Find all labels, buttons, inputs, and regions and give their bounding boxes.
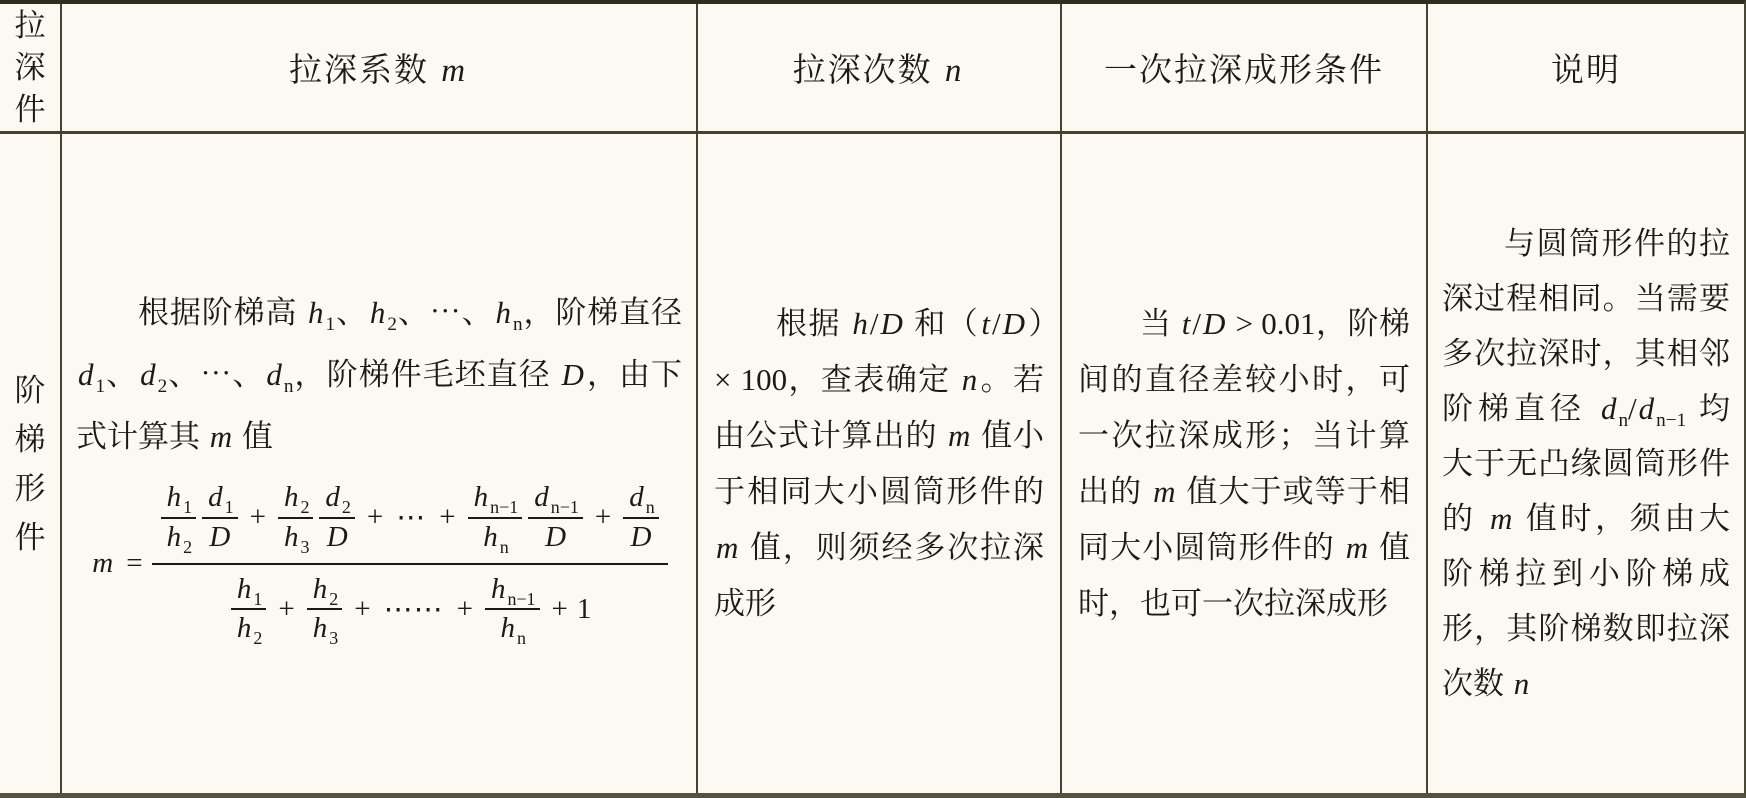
equals-sign: = bbox=[126, 547, 142, 580]
plus-sign: + bbox=[250, 501, 266, 534]
big-fraction: h1 h2 d1 D + h2 h3 bbox=[152, 482, 668, 646]
fraction-hn1-hn: hn−1 hn bbox=[468, 482, 523, 554]
header-cell-drawing-coefficient: 拉深系数 m bbox=[62, 4, 698, 134]
header-label-drawing-coefficient: 拉深系数 m bbox=[289, 44, 469, 91]
plus-sign: + bbox=[439, 501, 455, 534]
header-label-single-draw-condition: 一次拉深成形条件 bbox=[1104, 44, 1384, 91]
big-fraction-denominator: h1 h2 + h2 h3 + ⋯⋯ + bbox=[152, 565, 668, 646]
fraction-dn1-D: dn−1 D bbox=[528, 482, 583, 554]
big-fraction-numerator: h1 h2 d1 D + h2 h3 bbox=[152, 482, 668, 565]
notes-content: 与圆筒形件的拉深过程相同。当需要多次拉深时，其相邻阶梯直径 dn/dn−1 均大… bbox=[1428, 216, 1744, 711]
body-cell-drawing-count-text: 根据 h/D 和（t/D）× 100，查表确定 n。若由公式计算出的 m 值小于… bbox=[698, 134, 1062, 793]
ellipsis-long: ⋯⋯ bbox=[384, 592, 444, 627]
coefficient-content: 根据阶梯高 h1、h2、⋯、hn，阶梯直径 d1、d2、⋯、dn，阶梯件毛坯直径… bbox=[62, 282, 696, 646]
body-cell-coefficient-formula: 根据阶梯高 h1、h2、⋯、hn，阶梯直径 d1、d2、⋯、dn，阶梯件毛坯直径… bbox=[62, 134, 698, 793]
drawing-count-content: 根据 h/D 和（t/D）× 100，查表确定 n。若由公式计算出的 m 值小于… bbox=[698, 296, 1060, 632]
fraction-h1-h2: h1 h2 bbox=[161, 482, 196, 554]
notes-paragraph: 与圆筒形件的拉深过程相同。当需要多次拉深时，其相邻阶梯直径 dn/dn−1 均大… bbox=[1428, 216, 1744, 711]
condition-paragraph: 当 t/D > 0.01，阶梯间的直径差较小时，可一次拉深成形；当计算出的 m … bbox=[1062, 296, 1426, 632]
plus-sign: + bbox=[595, 501, 611, 534]
header-label-drawn-part: 拉深件 bbox=[12, 5, 48, 131]
plus-sign: + bbox=[354, 593, 370, 626]
header-cell-drawn-part: 拉深件 bbox=[0, 4, 62, 134]
part-type-label: 阶梯形件 bbox=[12, 366, 48, 562]
body-cell-notes-text: 与圆筒形件的拉深过程相同。当需要多次拉深时，其相邻阶梯直径 dn/dn−1 均大… bbox=[1428, 134, 1744, 793]
coefficient-paragraph: 根据阶梯高 h1、h2、⋯、hn，阶梯直径 d1、d2、⋯、dn，阶梯件毛坯直径… bbox=[62, 282, 696, 468]
header-label-drawing-count: 拉深次数 n bbox=[793, 44, 966, 91]
deep-drawing-table: 拉深件 拉深系数 m 拉深次数 n 一次拉深成形条件 说明 阶梯形件 根据阶梯高… bbox=[0, 0, 1746, 798]
formula-lhs: m bbox=[90, 547, 115, 580]
fraction-hn1-hn: hn−1 hn bbox=[485, 574, 540, 646]
header-cell-single-draw-condition: 一次拉深成形条件 bbox=[1062, 4, 1428, 134]
m-formula: m = h1 h2 d1 D + bbox=[62, 482, 696, 646]
ellipsis: ⋯ bbox=[396, 500, 426, 535]
body-cell-condition-text: 当 t/D > 0.01，阶梯间的直径差较小时，可一次拉深成形；当计算出的 m … bbox=[1062, 134, 1428, 793]
header-cell-drawing-count: 拉深次数 n bbox=[698, 4, 1062, 134]
fraction-h2-h3: h2 h3 bbox=[307, 574, 342, 646]
constant-one: 1 bbox=[577, 593, 592, 626]
fraction-h2-h3: h2 h3 bbox=[278, 482, 313, 554]
fraction-d2-D: d2 D bbox=[319, 482, 354, 554]
fraction-h1-h2: h1 h2 bbox=[231, 574, 266, 646]
plus-sign: + bbox=[278, 593, 294, 626]
drawing-count-paragraph: 根据 h/D 和（t/D）× 100，查表确定 n。若由公式计算出的 m 值小于… bbox=[698, 296, 1060, 632]
fraction-dn-D: dn D bbox=[623, 482, 658, 554]
plus-sign: + bbox=[552, 593, 568, 626]
scanned-handbook-page: 拉深件 拉深系数 m 拉深次数 n 一次拉深成形条件 说明 阶梯形件 根据阶梯高… bbox=[0, 0, 1746, 798]
plus-sign: + bbox=[457, 593, 473, 626]
body-cell-part-type: 阶梯形件 bbox=[0, 134, 62, 793]
fraction-d1-D: d1 D bbox=[202, 482, 237, 554]
plus-sign: + bbox=[367, 501, 383, 534]
condition-content: 当 t/D > 0.01，阶梯间的直径差较小时，可一次拉深成形；当计算出的 m … bbox=[1062, 296, 1426, 632]
header-cell-notes: 说明 bbox=[1428, 4, 1744, 134]
header-label-notes: 说明 bbox=[1551, 44, 1621, 91]
